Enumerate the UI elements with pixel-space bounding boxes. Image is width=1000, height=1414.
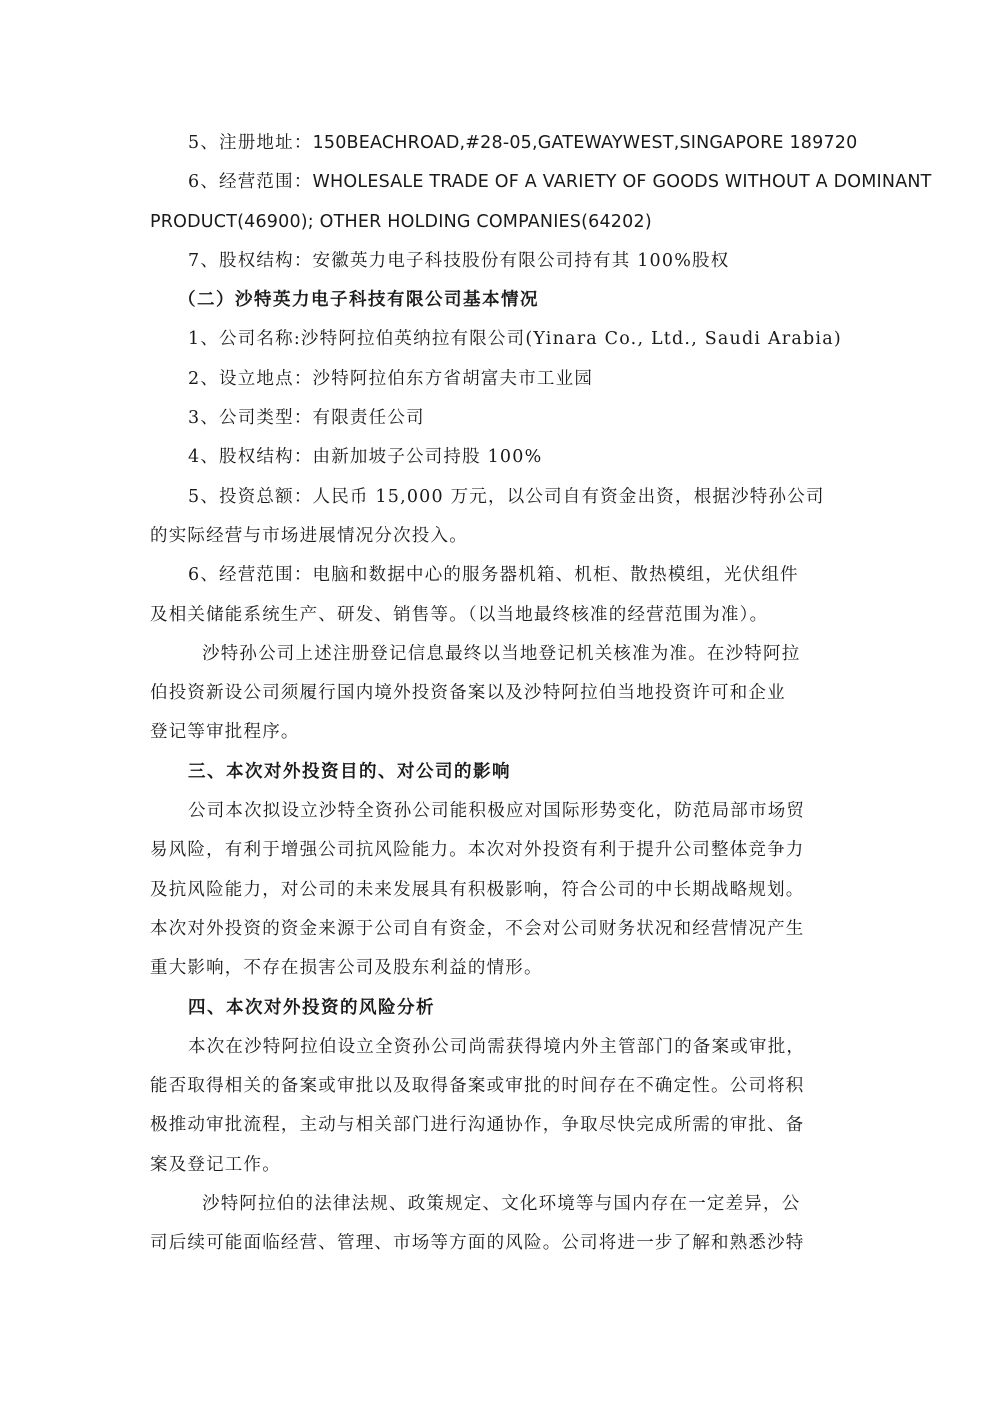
sg-equity-value: 安徽英力电子科技股份有限公司持有其 100%股权 (313, 251, 730, 271)
saudi-note-line3: 登记等审批程序。 (150, 713, 852, 752)
purpose-line5: 重大影响，不存在损害公司及股东利益的情形。 (150, 949, 852, 988)
document-page: 5、注册地址：150BEACHROAD,#28-05,GATEWAYWEST,S… (150, 124, 852, 1264)
risk-p1-line2: 能否取得相关的备案或审批以及取得备案或审批的时间存在不确定性。公司将积 (150, 1067, 852, 1106)
risk-p1-line4: 案及登记工作。 (150, 1146, 852, 1185)
risk-p2-line1: 沙特阿拉伯的法律法规、政策规定、文化环境等与国内存在一定差异，公 (150, 1185, 852, 1224)
sg-business-scope: 6、经营范围：WHOLESALE TRADE OF A VARIETY OF G… (150, 163, 852, 202)
purpose-line1: 公司本次拟设立沙特全资孙公司能积极应对国际形势变化，防范局部市场贸 (150, 792, 852, 831)
sg-business-scope-cont: PRODUCT(46900); OTHER HOLDING COMPANIES(… (150, 203, 852, 242)
saudi-investment-line1: 5、投资总额：人民币 15,000 万元，以公司自有资金出资，根据沙特孙公司 (150, 478, 852, 517)
risk-p2-line2: 司后续可能面临经营、管理、市场等方面的风险。公司将进一步了解和熟悉沙特 (150, 1224, 852, 1263)
saudi-company-name: 1、公司名称:沙特阿拉伯英纳拉有限公司(Yinara Co., Ltd., Sa… (150, 320, 852, 359)
saudi-location: 2、设立地点：沙特阿拉伯东方省胡富夫市工业园 (150, 360, 852, 399)
sg-address-label: 5、注册地址： (188, 133, 313, 153)
saudi-scope-line2: 及相关储能系统生产、研发、销售等。（以当地最终核准的经营范围为准）。 (150, 596, 852, 635)
saudi-section-heading: （二）沙特英力电子科技有限公司基本情况 (150, 281, 852, 320)
sg-address-value: 150BEACHROAD,#28-05,GATEWAYWEST,SINGAPOR… (313, 133, 858, 153)
saudi-note-line1: 沙特孙公司上述注册登记信息最终以当地登记机关核准为准。在沙特阿拉 (150, 635, 852, 674)
purpose-line4: 本次对外投资的资金来源于公司自有资金，不会对公司财务状况和经营情况产生 (150, 910, 852, 949)
saudi-equity: 4、股权结构：由新加坡子公司持股 100% (150, 438, 852, 477)
sg-equity-label: 7、股权结构： (188, 251, 313, 271)
saudi-investment-line2: 的实际经营与市场进展情况分次投入。 (150, 517, 852, 556)
purpose-line2: 易风险，有利于增强公司抗风险能力。本次对外投资有利于提升公司整体竞争力 (150, 831, 852, 870)
risk-section-heading: 四、本次对外投资的风险分析 (150, 989, 852, 1028)
saudi-company-type: 3、公司类型：有限责任公司 (150, 399, 852, 438)
purpose-line3: 及抗风险能力，对公司的未来发展具有积极影响，符合公司的中长期战略规划。 (150, 871, 852, 910)
purpose-section-heading: 三、本次对外投资目的、对公司的影响 (150, 753, 852, 792)
saudi-scope-line1: 6、经营范围：电脑和数据中心的服务器机箱、机柜、散热模组，光伏组件 (150, 556, 852, 595)
risk-p1-line3: 极推动审批流程，主动与相关部门进行沟通协作，争取尽快完成所需的审批、备 (150, 1106, 852, 1145)
risk-p1-line1: 本次在沙特阿拉伯设立全资孙公司尚需获得境内外主管部门的备案或审批， (150, 1028, 852, 1067)
saudi-note-line2: 伯投资新设公司须履行国内境外投资备案以及沙特阿拉伯当地投资许可和企业 (150, 674, 852, 713)
sg-scope-value-line1: WHOLESALE TRADE OF A VARIETY OF GOODS WI… (313, 172, 932, 192)
sg-equity-structure: 7、股权结构：安徽英力电子科技股份有限公司持有其 100%股权 (150, 242, 852, 281)
sg-registered-address: 5、注册地址：150BEACHROAD,#28-05,GATEWAYWEST,S… (150, 124, 852, 163)
sg-scope-label: 6、经营范围： (188, 172, 313, 192)
